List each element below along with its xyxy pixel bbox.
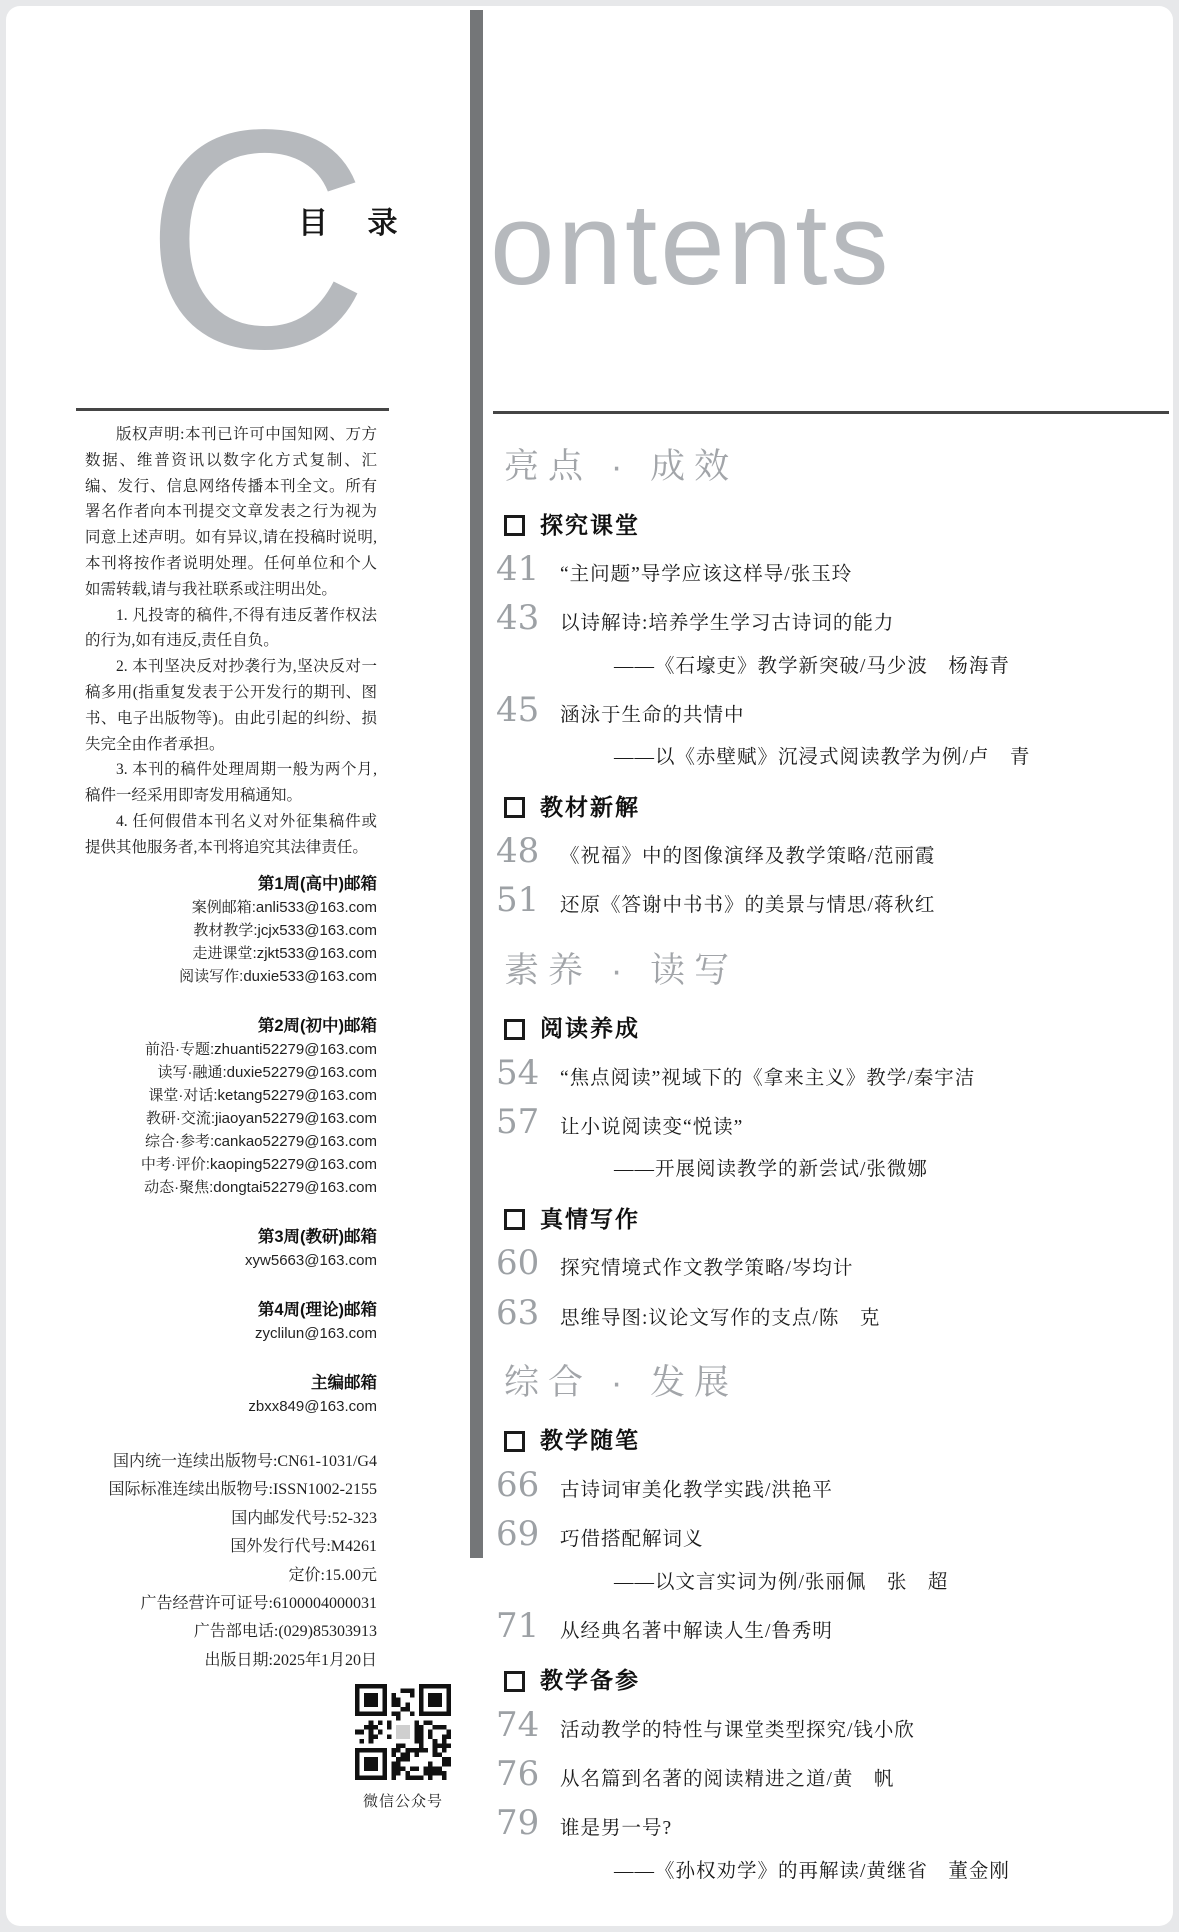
toc-entry-title: 活动教学的特性与课堂类型探究/钱小欣 [560, 1717, 915, 1744]
toc-group-heading: 教学备参 [504, 1667, 1168, 1695]
square-bullet-icon [504, 1671, 525, 1692]
toc-group-label: 教学备参 [540, 1667, 640, 1695]
pubinfo-line: 国内邮发代号:52-323 [66, 1505, 377, 1533]
toc-section-title: 亮点 · 成效 [504, 444, 1168, 490]
mailbox-address: 动态·聚焦:dongtai52279@163.com [85, 1176, 377, 1199]
toc-entry: 79谁是男一号? [496, 1806, 1168, 1842]
toc-entry: 74活动教学的特性与课堂类型探究/钱小欣 [496, 1708, 1168, 1744]
toc-column: 亮点 · 成效探究课堂41“主问题”导学应该这样导/张玉玲43以诗解诗:培养学生… [496, 444, 1168, 1885]
toc-entry-title: “主问题”导学应该这样导/张玉玲 [560, 561, 852, 588]
magazine-toc-page: C 目 录 ontents 版权声明:本刊已许可中国知网、万方数据、维普资讯以数… [6, 6, 1173, 1926]
toc-entry-page: 66 [496, 1468, 546, 1502]
notice-item: 4. 任何假借本刊名义对外征集稿件或提供其他服务者,本刊将追究其法律责任。 [85, 809, 377, 861]
copyright-notice: 版权声明:本刊已许可中国知网、万方数据、维普资讯以数字化方式复制、汇编、发行、信… [85, 422, 377, 861]
contents-wordmark: ontents [490, 186, 892, 302]
pubinfo-line: 出版日期:2025年1月20日 [66, 1647, 377, 1675]
toc-entry: 45涵泳于生命的共情中 [496, 693, 1168, 729]
mailbox-list: 第1周(高中)邮箱案例邮箱:anli533@163.com教材教学:jcjx53… [85, 872, 377, 1418]
toc-entry-page: 71 [496, 1609, 546, 1643]
pubinfo-line: 国外发行代号:M4261 [66, 1533, 377, 1561]
toc-group-label: 探究课堂 [540, 512, 640, 540]
toc-entry-subtitle: ——开展阅读教学的新尝试/张微娜 [614, 1156, 1168, 1183]
mailbox-group: 第2周(初中)邮箱前沿·专题:zhuanti52279@163.com读写·融通… [85, 1014, 377, 1199]
toc-entry: 41“主问题”导学应该这样导/张玉玲 [496, 552, 1168, 588]
toc-group-label: 真情写作 [540, 1206, 640, 1234]
qr-caption: 微信公众号 [355, 1790, 451, 1811]
toc-entry-title: 思维导图:议论文写作的支点/陈 克 [560, 1305, 880, 1332]
notice-paragraph: 版权声明:本刊已许可中国知网、万方数据、维普资讯以数字化方式复制、汇编、发行、信… [85, 422, 377, 603]
pubinfo-line: 国内统一连续出版物号:CN61-1031/G4 [66, 1448, 377, 1476]
wechat-qr-code-icon [355, 1684, 451, 1780]
toc-entry: 54“焦点阅读”视域下的《拿来主义》教学/秦宇洁 [496, 1056, 1168, 1092]
mailbox-address: xyw5663@163.com [85, 1249, 377, 1272]
toc-entry: 71从经典名著中解读人生/鲁秀明 [496, 1609, 1168, 1645]
toc-entry-page: 79 [496, 1806, 546, 1840]
pubinfo-line: 广告部电话:(029)85303913 [66, 1618, 377, 1646]
toc-entry-page: 74 [496, 1708, 546, 1742]
toc-entry-title: 让小说阅读变“悦读” [560, 1114, 743, 1141]
square-bullet-icon [504, 1209, 525, 1230]
mailbox-address: 案例邮箱:anli533@163.com [85, 896, 377, 919]
toc-entry-page: 57 [496, 1105, 546, 1139]
toc-entry-page: 41 [496, 552, 546, 586]
toc-entry: 76从名篇到名著的阅读精进之道/黄 帆 [496, 1757, 1168, 1793]
toc-entry-title: 古诗词审美化教学实践/洪艳平 [560, 1477, 833, 1504]
toc-entry: 69巧借搭配解词义 [496, 1517, 1168, 1553]
pubinfo-line: 定价:15.00元 [66, 1562, 377, 1590]
toc-entry-title: 巧借搭配解词义 [560, 1526, 704, 1553]
vertical-divider [470, 10, 483, 1558]
mailbox-group-title: 第1周(高中)邮箱 [85, 872, 377, 896]
notice-item: 3. 本刊的稿件处理周期一般为两个月,稿件一经采用即寄发用稿通知。 [85, 757, 377, 809]
pubinfo-line: 广告经营许可证号:6100004000031 [66, 1590, 377, 1618]
mailbox-group: 第4周(理论)邮箱zyclilun@163.com [85, 1298, 377, 1345]
toc-group-heading: 教材新解 [504, 794, 1168, 822]
toc-entry-page: 69 [496, 1517, 546, 1551]
qr-block: 微信公众号 [355, 1684, 451, 1811]
toc-entry-page: 76 [496, 1757, 546, 1791]
mailbox-address: 走进课堂:zjkt533@163.com [85, 942, 377, 965]
toc-entry: 63思维导图:议论文写作的支点/陈 克 [496, 1296, 1168, 1332]
toc-group-heading: 探究课堂 [504, 512, 1168, 540]
mailbox-address: 读写·融通:duxie52279@163.com [85, 1061, 377, 1084]
toc-entry-title: 从经典名著中解读人生/鲁秀明 [560, 1618, 833, 1645]
publication-info: 国内统一连续出版物号:CN61-1031/G4国际标准连续出版物号:ISSN10… [66, 1448, 377, 1675]
toc-entry-title: “焦点阅读”视域下的《拿来主义》教学/秦宇洁 [560, 1065, 975, 1092]
square-bullet-icon [504, 1431, 525, 1452]
toc-group-label: 教学随笔 [540, 1427, 640, 1455]
toc-entry-page: 51 [496, 883, 546, 917]
toc-entry: 48《祝福》中的图像演绎及教学策略/范丽霞 [496, 834, 1168, 870]
toc-entry-page: 63 [496, 1296, 546, 1330]
toc-entry-title: 《祝福》中的图像演绎及教学策略/范丽霞 [560, 843, 935, 870]
notice-item: 2. 本刊坚决反对抄袭行为,坚决反对一稿多用(指重复发表于公开发行的期刊、图书、… [85, 654, 377, 757]
toc-entry: 51还原《答谢中书书》的美景与情思/蒋秋红 [496, 883, 1168, 919]
toc-entry: 43以诗解诗:培养学生学习古诗词的能力 [496, 601, 1168, 637]
toc-group-heading: 阅读养成 [504, 1015, 1168, 1043]
square-bullet-icon [504, 1019, 525, 1040]
mailbox-group: 主编邮箱zbxx849@163.com [85, 1371, 377, 1418]
mailbox-address: 前沿·专题:zhuanti52279@163.com [85, 1038, 377, 1061]
toc-section-title: 综合 · 发展 [504, 1360, 1168, 1406]
toc-entry: 66古诗词审美化教学实践/洪艳平 [496, 1468, 1168, 1504]
mailbox-group-title: 第3周(教研)邮箱 [85, 1225, 377, 1249]
square-bullet-icon [504, 515, 525, 536]
mailbox-group-title: 第4周(理论)邮箱 [85, 1298, 377, 1322]
toc-entry-title: 谁是男一号? [560, 1815, 672, 1842]
notice-item: 1. 凡投寄的稿件,不得有违反著作权法的行为,如有违反,责任自负。 [85, 603, 377, 655]
mailbox-group: 第1周(高中)邮箱案例邮箱:anli533@163.com教材教学:jcjx53… [85, 872, 377, 988]
mailbox-address: zyclilun@163.com [85, 1322, 377, 1345]
toc-entry-title: 以诗解诗:培养学生学习古诗词的能力 [560, 610, 894, 637]
toc-group-heading: 教学随笔 [504, 1427, 1168, 1455]
toc-entry-page: 48 [496, 834, 546, 868]
toc-entry-title: 涵泳于生命的共情中 [560, 702, 745, 729]
toc-group-heading: 真情写作 [504, 1206, 1168, 1234]
toc-entry-page: 54 [496, 1056, 546, 1090]
mailbox-address: 综合·参考:cankao52279@163.com [85, 1130, 377, 1153]
mailbox-address: zbxx849@163.com [85, 1395, 377, 1418]
toc-entry-subtitle: ——以《赤壁赋》沉浸式阅读教学为例/卢 青 [614, 744, 1168, 771]
right-horizontal-rule [493, 411, 1169, 414]
toc-section-title: 素养 · 读写 [504, 948, 1168, 994]
mailbox-group-title: 第2周(初中)邮箱 [85, 1014, 377, 1038]
mailbox-group-title: 主编邮箱 [85, 1371, 377, 1395]
toc-chinese-title: 目 录 [298, 198, 414, 242]
toc-entry-page: 43 [496, 601, 546, 635]
mailbox-group: 第3周(教研)邮箱xyw5663@163.com [85, 1225, 377, 1272]
toc-entry-subtitle: ——以文言实词为例/张丽佩 张 超 [614, 1569, 1168, 1596]
toc-entry-title: 还原《答谢中书书》的美景与情思/蒋秋红 [560, 892, 935, 919]
toc-entry-title: 探究情境式作文教学策略/岑均计 [560, 1255, 853, 1282]
left-horizontal-rule [76, 408, 389, 411]
mailbox-address: 阅读写作:duxie533@163.com [85, 965, 377, 988]
toc-entry-page: 45 [496, 693, 546, 727]
toc-entry: 60探究情境式作文教学策略/岑均计 [496, 1246, 1168, 1282]
toc-group-label: 阅读养成 [540, 1015, 640, 1043]
mailbox-address: 教材教学:jcjx533@163.com [85, 919, 377, 942]
mailbox-address: 教研·交流:jiaoyan52279@163.com [85, 1107, 377, 1130]
toc-entry-subtitle: ——《孙权劝学》的再解读/黄继省 董金刚 [614, 1858, 1168, 1885]
toc-group-label: 教材新解 [540, 794, 640, 822]
toc-entry-title: 从名篇到名著的阅读精进之道/黄 帆 [560, 1766, 894, 1793]
pubinfo-line: 国际标准连续出版物号:ISSN1002-2155 [66, 1476, 377, 1504]
mailbox-address: 中考·评价:kaoping52279@163.com [85, 1153, 377, 1176]
toc-entry-page: 60 [496, 1246, 546, 1280]
square-bullet-icon [504, 797, 525, 818]
toc-entry: 57让小说阅读变“悦读” [496, 1105, 1168, 1141]
mailbox-address: 课堂·对话:ketang52279@163.com [85, 1084, 377, 1107]
toc-entry-subtitle: ——《石壕吏》教学新突破/马少波 杨海青 [614, 653, 1168, 680]
